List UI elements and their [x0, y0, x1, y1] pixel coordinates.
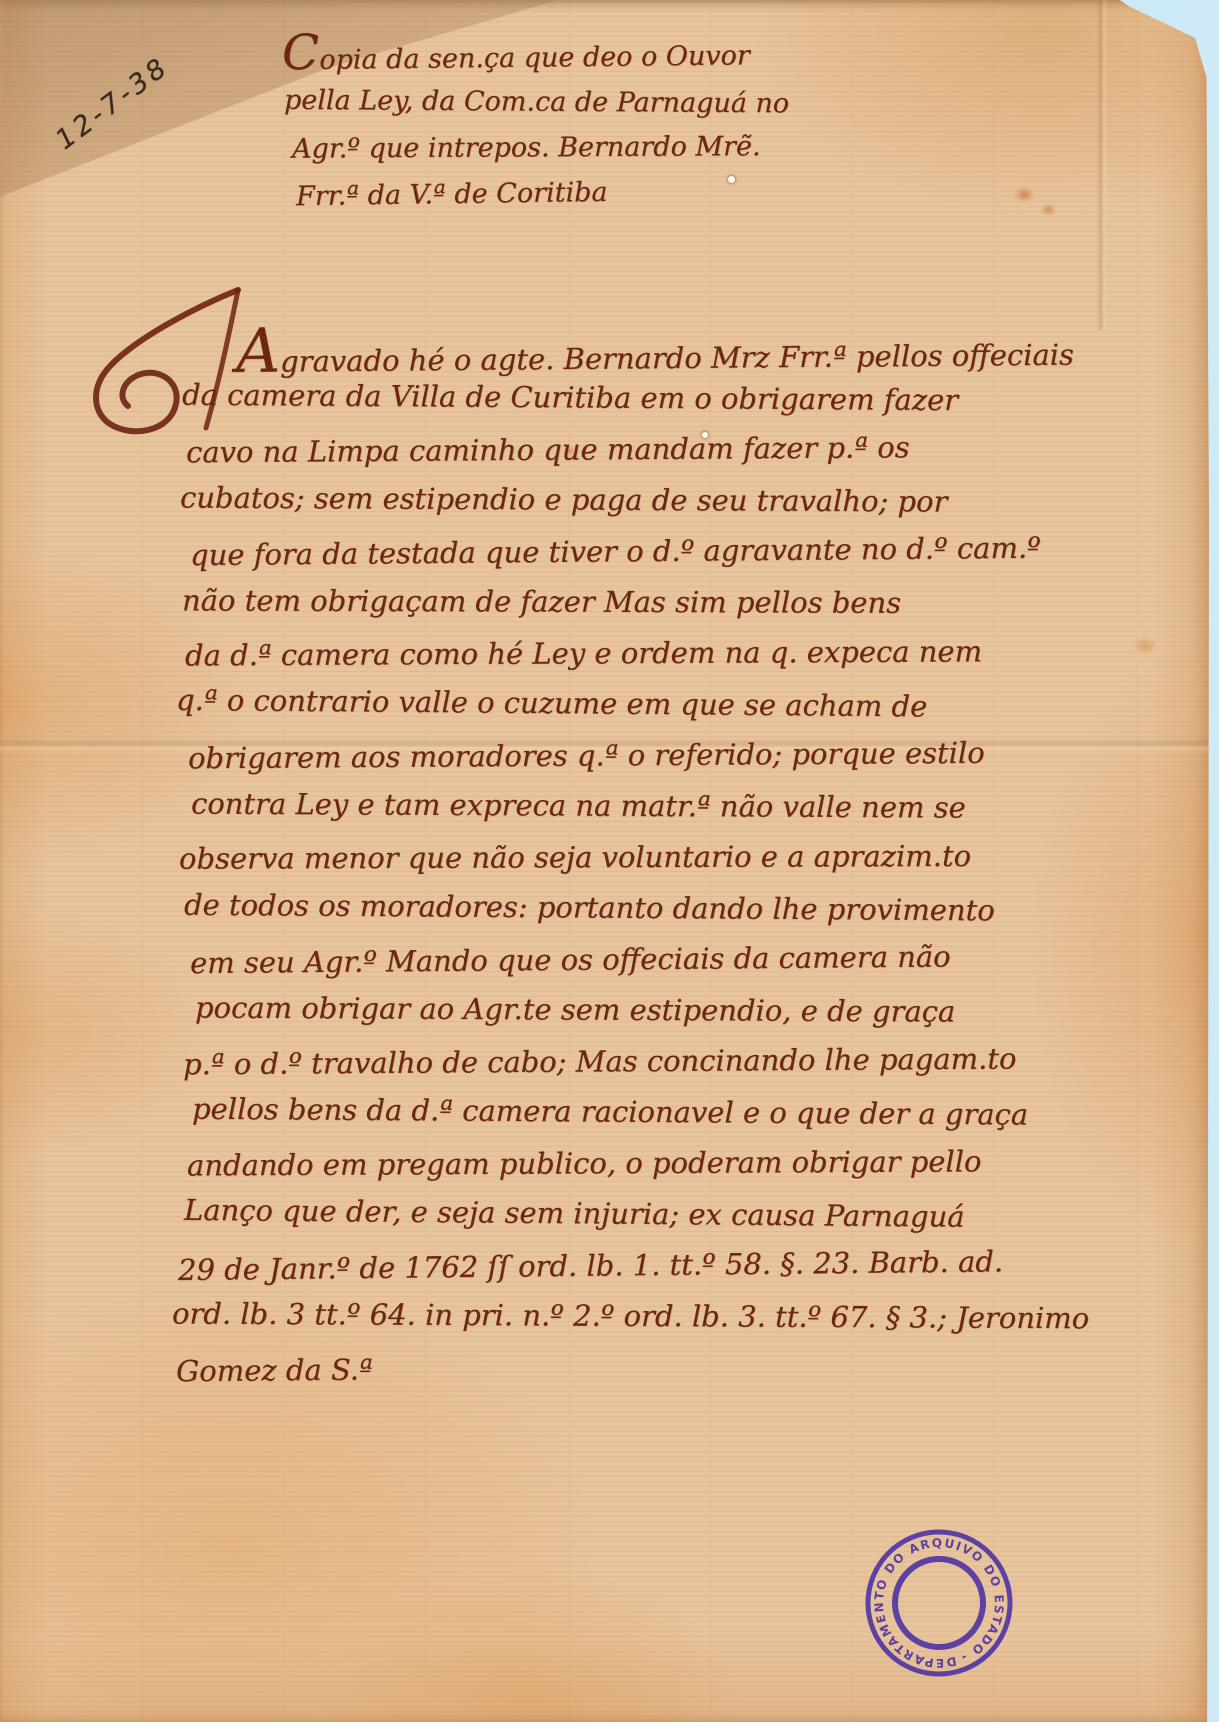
header-line: pella Ley, da Com.ca de Parnaguá no: [284, 78, 902, 127]
header-line: Frr.ª da V.ª de Coritiba: [296, 166, 903, 219]
manuscript-line: da camera da Villa de Curitiba em o obri…: [182, 370, 1132, 428]
manuscript-line: cavo na Limpa caminho que mandam fazer p…: [186, 421, 1132, 479]
manuscript-line: p.ª o d.º travalho de cabo; Mas concinan…: [183, 1033, 1132, 1091]
manuscript-line: q.ª o contrario valle o cuzume em que se…: [176, 675, 1132, 734]
manuscript-line: ord. lb. 3 tt.º 64. in pri. n.º 2.º ord.…: [172, 1288, 1132, 1344]
manuscript-line: andando em pregam publico, o poderam obr…: [187, 1136, 1132, 1192]
scan-bed: { "document": { "archival_note": "12-7-3…: [0, 0, 1219, 1722]
manuscript-line: cubatos; sem estipendio e paga de seu tr…: [180, 473, 1132, 529]
manuscript-line: não tem obrigaçam de fazer Mas sim pello…: [182, 575, 1132, 629]
manuscript-line: Agravado hé o agte. Bernardo Mrz Frr.ª p…: [236, 318, 1132, 377]
manuscript-line: observa menor que não seja voluntario e …: [179, 830, 1132, 884]
header-line: Agr.º que intrepos. Bernardo Mrẽ.: [292, 123, 902, 171]
manuscript-line: pellos bens da d.ª camera racionavel e o…: [192, 1084, 1132, 1142]
header-line: Copia da sen.ça que deo o Ouvor: [282, 25, 903, 83]
manuscript-line: de todos os moradores: portanto dando lh…: [184, 880, 1132, 938]
manuscript-line: que fora da testada que tiver o d.º agra…: [190, 522, 1132, 581]
document-header: Copia da sen.ça que deo o Ouvor pella Le…: [282, 28, 902, 215]
manuscript-line: contra Ley e tam expreca na matr.ª não v…: [191, 779, 1132, 835]
manuscript-line: pocam obrigar ao Agr.te sem estipendio, …: [195, 983, 1132, 1039]
manuscript-line: da d.ª camera como hé Ley e ordem na q. …: [185, 626, 1132, 682]
manuscript-line: obrigarem aos moradores q.ª o referido; …: [188, 727, 1132, 785]
manuscript-line: em seu Agr.º Mando que os offeciais da c…: [190, 930, 1132, 989]
manuscript-line: Gomez da S.ª: [176, 1338, 1132, 1397]
vertical-crease: [1096, 0, 1108, 330]
manuscript-line: Lanço que der, e seja sem injuria; ex ca…: [184, 1185, 1132, 1244]
manuscript-line: 29 de Janr.º de 1762 ſſ ord. lb. 1. tt.º…: [178, 1235, 1132, 1296]
manuscript-page: 12-7-38 Copia da sen.ça que deo o Ouvor …: [0, 0, 1212, 1722]
document-body: Agravado hé o agte. Bernardo Mrz Frr.ª p…: [172, 322, 1132, 1393]
scanned-image: 12-7-38 Copia da sen.ça que deo o Ouvor …: [0, 0, 1219, 1722]
